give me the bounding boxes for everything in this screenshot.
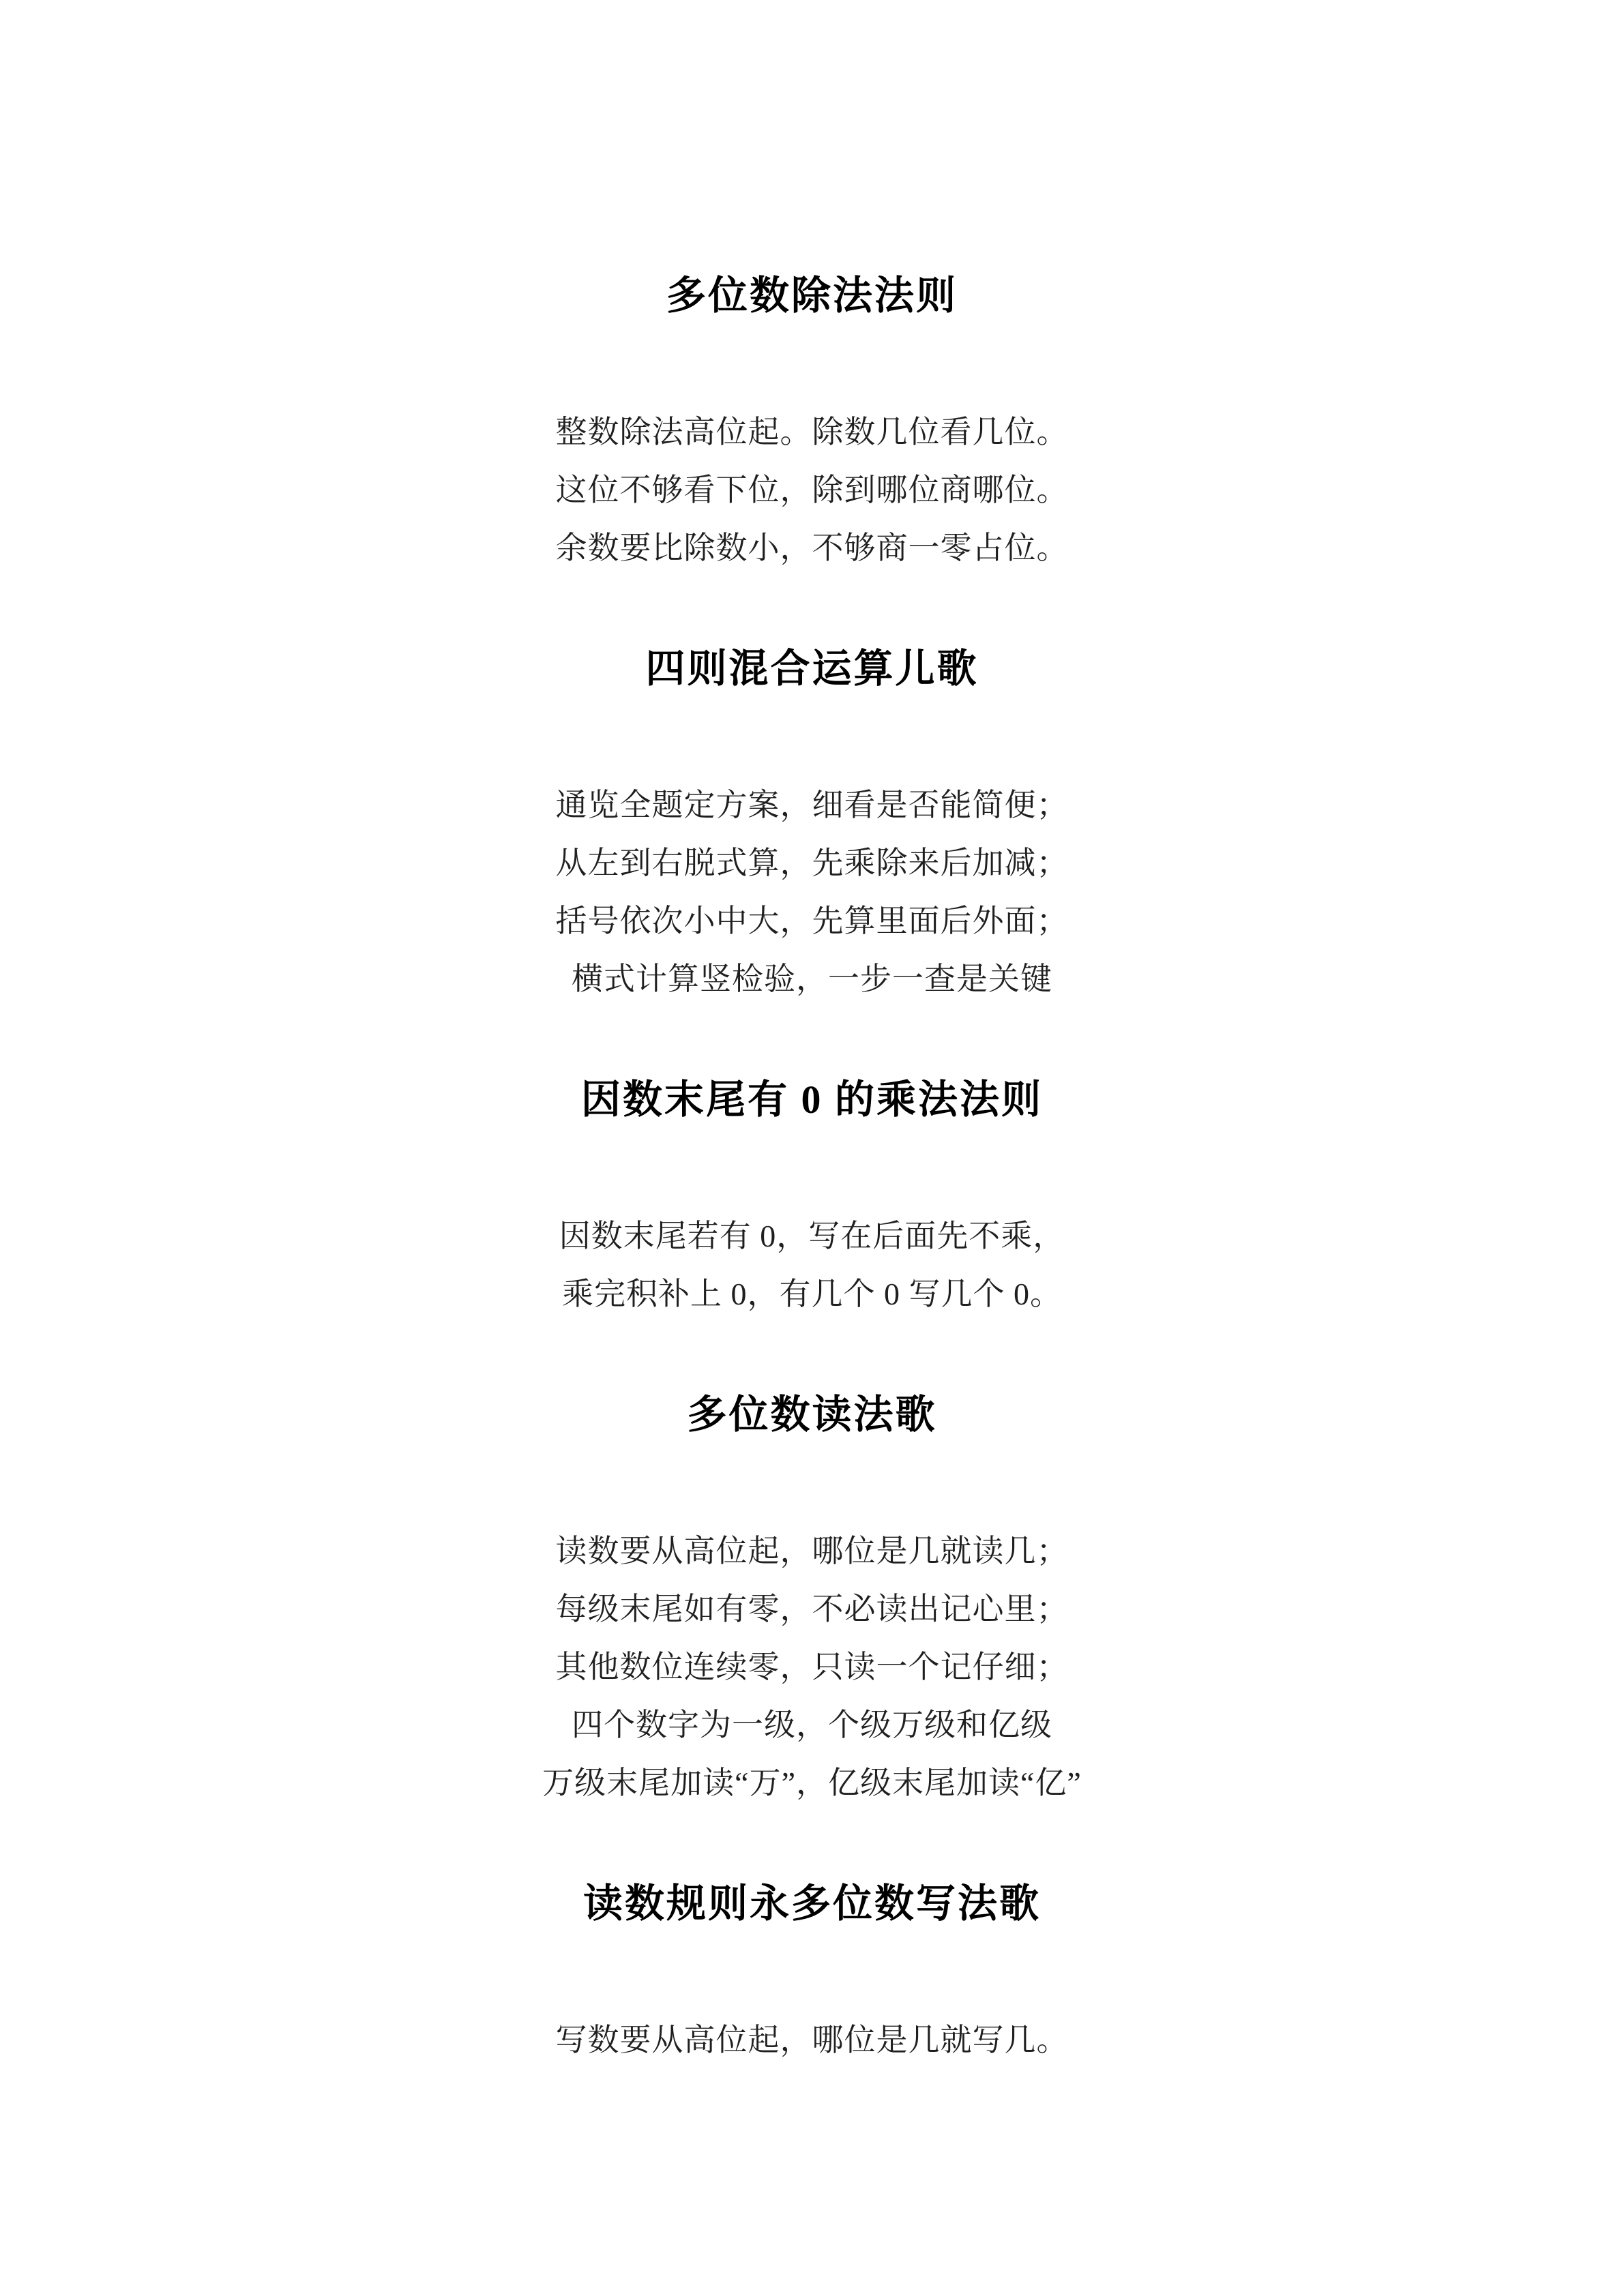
verse-line: 其他数位连续零，只读一个记仔细； bbox=[0, 1652, 1624, 1683]
verse: 因数末尾若有 0，写在后面先不乘，乘完积补上 0，有几个 0 写几个 0。 bbox=[0, 1221, 1624, 1310]
section-heading: 多位数除法法则 bbox=[0, 276, 1624, 316]
verse-line: 写数要从高位起，哪位是几就写几。 bbox=[0, 2025, 1624, 2056]
poem-section: 因数末尾有 0 的乘法法则 因数末尾若有 0，写在后面先不乘，乘完积补上 0，有… bbox=[0, 1080, 1624, 1310]
verse-line: 每级末尾如有零，不必读出记心里； bbox=[0, 1594, 1624, 1625]
verse-line: 余数要比除数小，不够商一零占位。 bbox=[0, 533, 1624, 564]
section-heading: 因数末尾有 0 的乘法法则 bbox=[0, 1080, 1624, 1120]
poem-section: 读数规则永多位数写法歌 写数要从高位起，哪位是几就写几。 bbox=[0, 1884, 1624, 2056]
verse-line: 因数末尾若有 0，写在后面先不乘， bbox=[0, 1221, 1624, 1252]
verse: 读数要从高位起，哪位是几就读几；每级末尾如有零，不必读出记心里；其他数位连续零，… bbox=[0, 1536, 1624, 1799]
poem-section: 多位数除法法则 整数除法高位起。除数几位看几位。这位不够看下位，除到哪位商哪位。… bbox=[0, 276, 1624, 564]
verse: 写数要从高位起，哪位是几就写几。 bbox=[0, 2025, 1624, 2056]
document-body: 多位数除法法则 整数除法高位起。除数几位看几位。这位不够看下位，除到哪位商哪位。… bbox=[0, 0, 1624, 2056]
verse-line: 四个数字为一级，个级万级和亿级 bbox=[0, 1710, 1624, 1741]
verse-line: 乘完积补上 0，有几个 0 写几个 0。 bbox=[0, 1279, 1624, 1310]
verse-line: 横式计算竖检验，一步一查是关键 bbox=[0, 964, 1624, 995]
poem-section: 多位数读法歌 读数要从高位起，哪位是几就读几；每级末尾如有零，不必读出记心里；其… bbox=[0, 1395, 1624, 1799]
verse-line: 从左到右脱式算，先乘除来后加减； bbox=[0, 848, 1624, 879]
section-heading: 四则混合运算儿歌 bbox=[0, 649, 1624, 689]
verse-line: 通览全题定方案，细看是否能简便； bbox=[0, 790, 1624, 821]
poem-section: 四则混合运算儿歌 通览全题定方案，细看是否能简便；从左到右脱式算，先乘除来后加减… bbox=[0, 649, 1624, 995]
document-page: 多位数除法法则 整数除法高位起。除数几位看几位。这位不够看下位，除到哪位商哪位。… bbox=[0, 0, 1624, 2296]
verse: 通览全题定方案，细看是否能简便；从左到右脱式算，先乘除来后加减；括号依次小中大，… bbox=[0, 790, 1624, 995]
verse-line: 这位不够看下位，除到哪位商哪位。 bbox=[0, 475, 1624, 506]
section-heading: 多位数读法歌 bbox=[0, 1395, 1624, 1435]
verse-line: 读数要从高位起，哪位是几就读几； bbox=[0, 1536, 1624, 1567]
verse-line: 万级末尾加读“万”，亿级末尾加读“亿” bbox=[0, 1768, 1624, 1799]
section-heading: 读数规则永多位数写法歌 bbox=[0, 1884, 1624, 1924]
verse-line: 整数除法高位起。除数几位看几位。 bbox=[0, 417, 1624, 448]
verse-line: 括号依次小中大，先算里面后外面； bbox=[0, 906, 1624, 937]
verse: 整数除法高位起。除数几位看几位。这位不够看下位，除到哪位商哪位。余数要比除数小，… bbox=[0, 417, 1624, 564]
